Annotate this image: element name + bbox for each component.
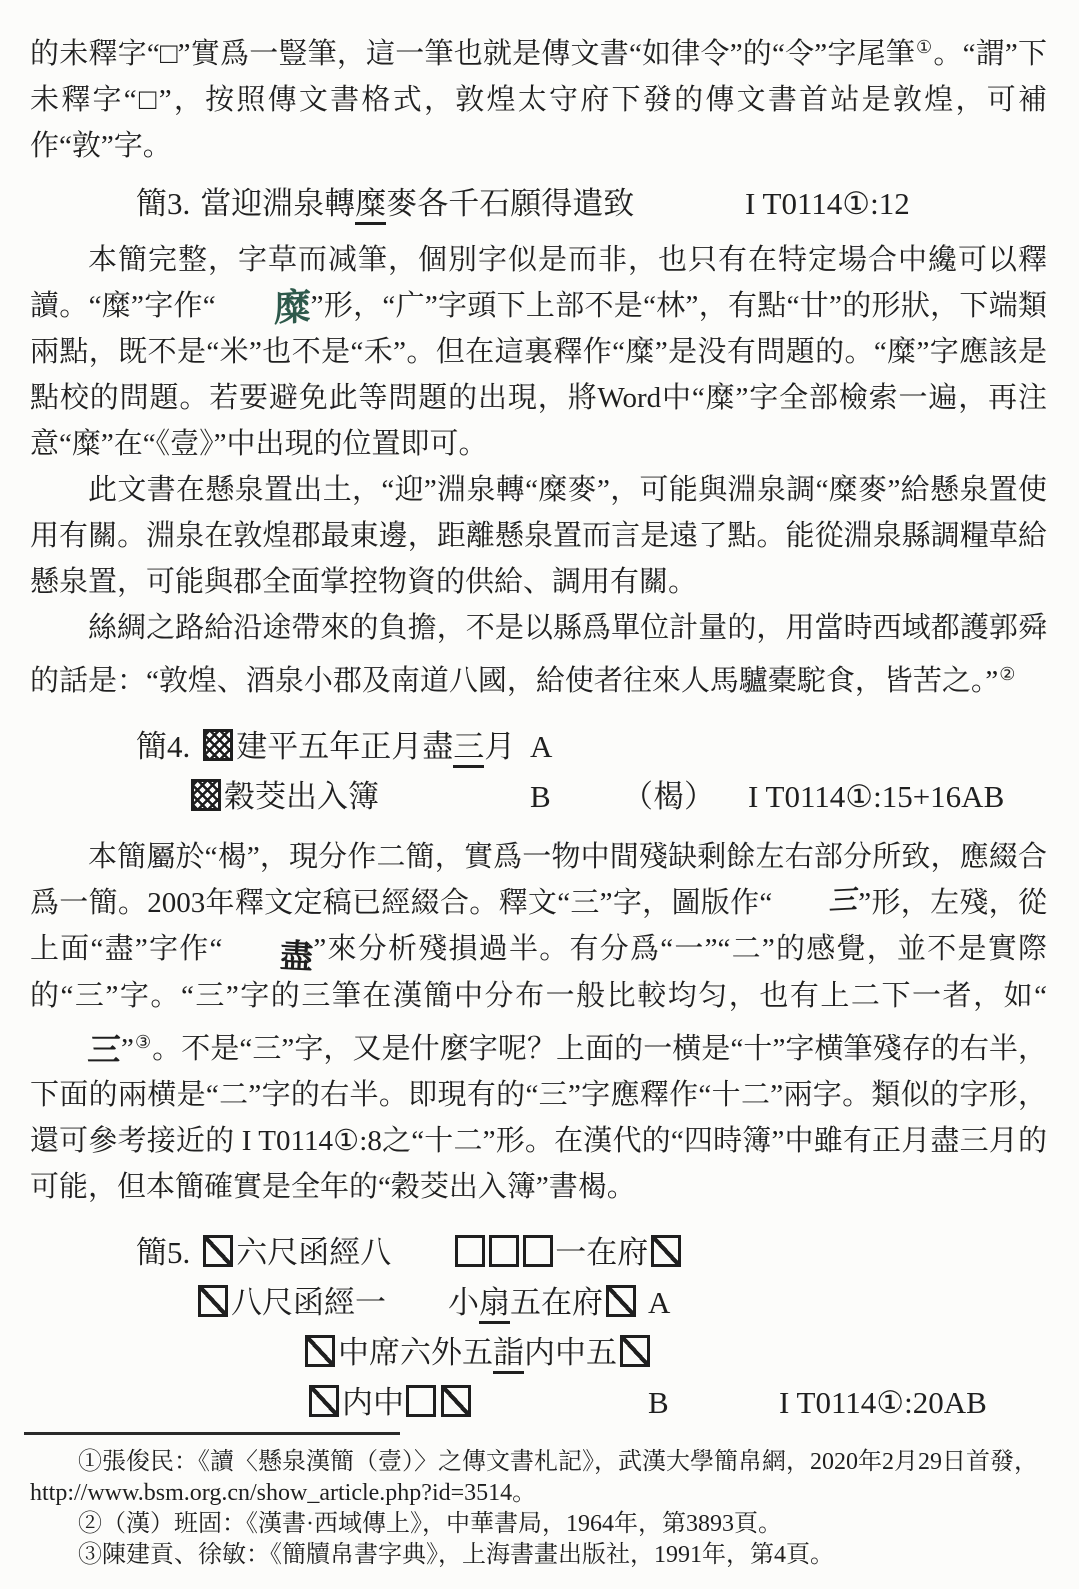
text-run: 穀茭出入簿: [224, 779, 379, 814]
footnote-2: ②（漢）班固：《漢書·西域傳上》，中華書局，1964年，第3893頁。: [30, 1509, 1047, 1540]
inline-script-image-jin: 盡: [222, 938, 315, 976]
slashed-break-box-icon: [203, 1235, 233, 1267]
underlined-char: 扇: [479, 1285, 510, 1324]
text-run: 内中五: [524, 1335, 617, 1370]
underlined-char: 詣: [493, 1335, 524, 1374]
text-run: 絲綢之路給沿途帶來的負擔，不是以縣爲單位計量的，用當時西域都護郭舜的話是：“敦煌…: [30, 612, 1047, 697]
text-run: 五在府: [510, 1285, 603, 1320]
paragraph-yuanquan: 此文書在懸泉置出土，“迎”淵泉轉“糜麥”，可能與淵泉調“糜麥”給懸泉置使用有關。…: [30, 467, 1047, 605]
text-run: 八尺函經一 小: [231, 1285, 479, 1320]
slip-5-line-1: 簡5.六尺函經八 一在府: [30, 1228, 1047, 1278]
slip-5-line-2: 八尺函經一 小扇五在府 A: [30, 1278, 1047, 1328]
text-run: 中席六外五: [338, 1335, 493, 1370]
text-run: 内中: [342, 1385, 404, 1420]
slip-5-line-3: 中席六外五詣内中五: [30, 1328, 1047, 1378]
footnote-separator: [24, 1432, 400, 1435]
slip-4-label: 簡4.: [136, 729, 190, 764]
text-run: ”: [121, 1033, 134, 1065]
slip-5-side-b: B: [648, 1378, 669, 1428]
footnote-1-url: http://www.bsm.org.cn/show_article.php?i…: [30, 1478, 1047, 1509]
slip-4-id: I T0114①:15+16AB: [748, 772, 1004, 822]
slashed-break-box-icon: [441, 1385, 471, 1417]
slip-4-side-a: A: [530, 722, 552, 772]
document-page: 的未釋字“□”實爲一豎筆，這一筆也就是傳文書“如律令”的“令”字尾筆①。“謂”下…: [0, 0, 1079, 1589]
text-run: 的未釋字“□”實爲一豎筆，這一筆也就是傳文書“如律令”的“令”字尾筆: [30, 38, 915, 70]
undeciphered-box-icon: [523, 1235, 553, 1267]
slashed-break-box-icon: [198, 1285, 228, 1317]
paragraph-continuation: 的未釋字“□”實爲一豎筆，這一筆也就是傳文書“如律令”的“令”字尾筆①。“謂”下…: [30, 24, 1047, 169]
footnote-marker-1: ①: [916, 37, 932, 57]
text-run: 月: [484, 729, 515, 764]
paragraph-slip3-discussion: 本簡完整，字草而减筆，個別字似是而非，也只有在特定場合中纔可以釋讀。“糜”字作“…: [30, 237, 1047, 467]
footnotes-section: ①張俊民：《讀〈懸泉漢簡（壹）〉之傳文書札記》，武漢大學簡帛網，2020年2月2…: [30, 1432, 1047, 1571]
footnote-1: ①張俊民：《讀〈懸泉漢簡（壹）〉之傳文書札記》，武漢大學簡帛網，2020年2月2…: [30, 1447, 1047, 1478]
text-run: 一在府: [555, 1235, 648, 1270]
slip-5-side-a: A: [648, 1278, 670, 1328]
text-run: 當迎淵泉轉: [200, 186, 355, 221]
inline-script-image-san-brush: 三: [28, 1035, 122, 1068]
paragraph-silkroad: 絲綢之路給沿途帶來的負擔，不是以縣爲單位計量的，用當時西域都護郭舜的話是：“敦煌…: [30, 605, 1047, 704]
slip-3-line: 簡3.當迎淵泉轉糜麥各千石願得遣致 I T0114①:12: [30, 179, 1047, 229]
paragraph-slip4-discussion: 本簡屬於“楬”，現分作二簡，實爲一物中間殘缺剩餘左右部分所致，應綴合爲一簡。20…: [30, 834, 1047, 1210]
slip-4-side-b: B: [530, 772, 551, 822]
slip-5-line-4: 内中 B I T0114①:20AB: [30, 1378, 1047, 1428]
text-run: 。不是“三”字，又是什麼字呢？上面的一横是“十”字横筆殘存的右半，下面的兩横是“…: [30, 1033, 1047, 1203]
footnote-marker-2: ②: [999, 664, 1015, 684]
slip-4-material: （楬）: [622, 772, 715, 822]
slip-5-label: 簡5.: [136, 1235, 190, 1270]
footnote-3: ③陳建貢、徐敏：《簡牘帛書字典》，上海書畫出版社，1991年，第4頁。: [30, 1540, 1047, 1571]
undeciphered-box-icon: [455, 1235, 485, 1267]
slip-4-line-a: 簡4.建平五年正月盡三月 A: [30, 722, 1047, 772]
slip-3-id: I T0114①:12: [745, 179, 910, 229]
slashed-break-box-icon: [606, 1285, 636, 1317]
inline-script-image-mi: 糜: [216, 289, 311, 333]
slip-4-line-b: 穀茭出入簿 B （楬） I T0114①:15+16AB: [30, 772, 1047, 822]
text-run: 六尺函經八: [236, 1235, 453, 1270]
inline-script-image-san-fragment: 三: [770, 887, 861, 919]
hatched-damage-box-icon: [203, 729, 233, 761]
slashed-break-box-icon: [651, 1235, 681, 1267]
footnote-marker-3: ③: [135, 1032, 151, 1052]
undeciphered-box-icon: [489, 1235, 519, 1267]
slip-3-label: 簡3.: [136, 186, 190, 221]
text-run: 麥各千石願得遣致: [386, 186, 634, 221]
slip-5-id: I T0114①:20AB: [779, 1378, 987, 1428]
slashed-break-box-icon: [305, 1335, 335, 1367]
slashed-break-box-icon: [620, 1335, 650, 1367]
text-run: 此文書在懸泉置出土，“迎”淵泉轉“糜麥”，可能與淵泉調“糜麥”給懸泉置使用有關。…: [30, 474, 1047, 598]
undeciphered-box-icon: [406, 1385, 436, 1417]
underlined-char: 糜: [355, 186, 386, 225]
slashed-break-box-icon: [309, 1385, 339, 1417]
underlined-char: 三: [453, 729, 484, 768]
text-run: 建平五年正月盡: [236, 729, 453, 764]
hatched-damage-box-icon: [191, 779, 221, 811]
